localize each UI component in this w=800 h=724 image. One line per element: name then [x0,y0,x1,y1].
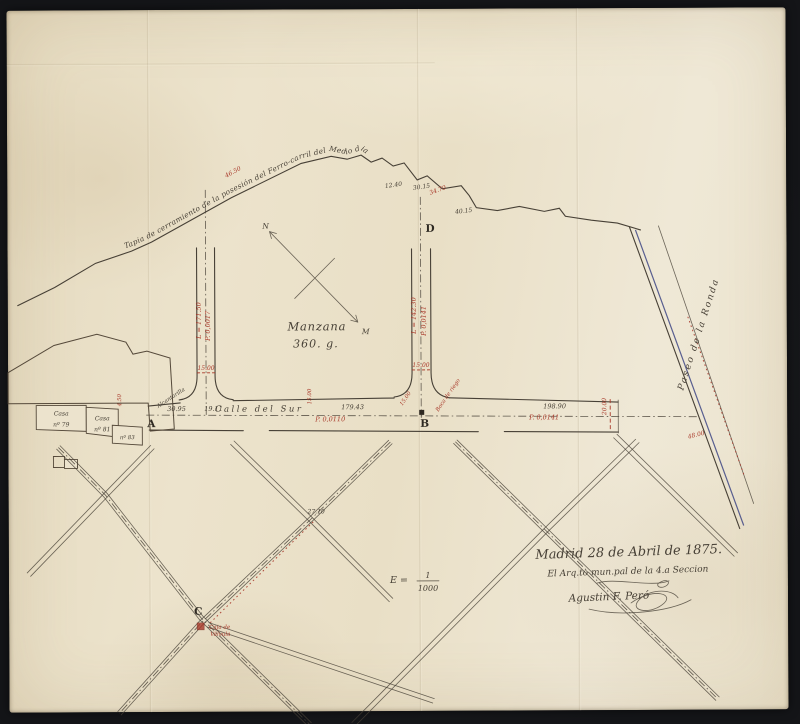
manzana-label: Manzana [286,319,346,333]
dim-top-left: 46.50 [223,165,242,180]
dim-red-b-left: 15.00 [399,390,413,407]
dim-red-slope-1: P. 0,0110 [314,415,345,423]
point-b: B [420,418,429,430]
valve-label-line2: Válvula [210,631,230,638]
paper-sheet: Tapia de cerramiento de la posesión del … [6,7,788,712]
embankment-wall-line [17,154,641,306]
casa-79-title: Casa [54,410,69,417]
dim-black-4015: 40.15 [454,207,473,216]
hydrant-label: Boca de riego [434,377,462,413]
signature-block: Madrid 28 de Abril de 1875. El Arq.to mu… [534,542,722,613]
point-d: D [425,223,434,235]
embankment-label: Tapia de cerramiento de la posesión del … [123,144,371,251]
paseo-de-la-ronda-label: Paseo de la Ronda [676,277,722,393]
scale-label: E = 1 1000 [389,571,439,593]
diagonal-street-grid [27,434,739,724]
compass-south-label: M [361,327,370,336]
dim-left-width: 15.00 [197,365,214,372]
paseo-de-la-ronda-lines [629,225,753,529]
signature-flourish [597,580,669,587]
point-b-marker [419,410,424,415]
point-c: C [194,606,202,618]
scale-numerator: 1 [425,571,430,580]
dim-black-19890: 198.90 [543,402,566,410]
casa-81-number: nº 81 [94,426,110,433]
house-block-hatched [8,334,175,469]
dim-black-17943: 179.43 [341,403,364,411]
scale-denominator: 1000 [418,584,438,593]
manzana-number: 360. g. [293,337,339,350]
casa-79-number: nº 79 [53,421,69,428]
dim-black-1240: 12.40 [385,181,403,190]
dim-red-slope-2: P. 0,0141 [528,413,559,421]
dim-black-1911: 19.11 [204,405,223,413]
street-diagonal [614,434,738,557]
casa-81-title: Casa [95,415,110,422]
valve-label-line1: Caja de [209,625,231,631]
scale-prefix: E = [389,575,408,586]
compass-north-label: N [261,222,269,231]
dim-left-length: L = 171.50 [195,302,203,340]
valve-marker [197,623,204,630]
dim-d-length: L = 142.30 [410,297,418,335]
signature-date: Madrid 28 de Abril de 1875. [534,542,722,563]
signature-role: El Arq.to mun.pal de la 4.a Seccion [546,565,708,580]
dim-red-3470: 34.70 [429,184,448,197]
dim-d-width: 15.00 [412,362,429,369]
street-diagonal [207,622,434,704]
street-left-vertical [178,190,233,417]
photo-background: Tapia de cerramiento de la posesión del … [0,0,800,724]
dim-red-1500-mid: 15.00 [307,388,313,404]
casa-83-number: nº 83 [120,434,135,441]
map-drawing: Tapia de cerramiento de la posesión del … [0,0,800,724]
calle-del-sur-label: Calle del Sur [215,404,304,414]
dim-black-2710: 27.10 [307,508,325,515]
dim-d-slope: P. 0,0141 [420,306,428,337]
street-diagonal [27,445,155,576]
street-diagonal [57,445,312,724]
dim-red-2000: 20.00 [601,398,608,416]
dim-red-4800: 48.00 [686,430,706,441]
dim-left-slope: P. 0,0017 [204,310,212,342]
